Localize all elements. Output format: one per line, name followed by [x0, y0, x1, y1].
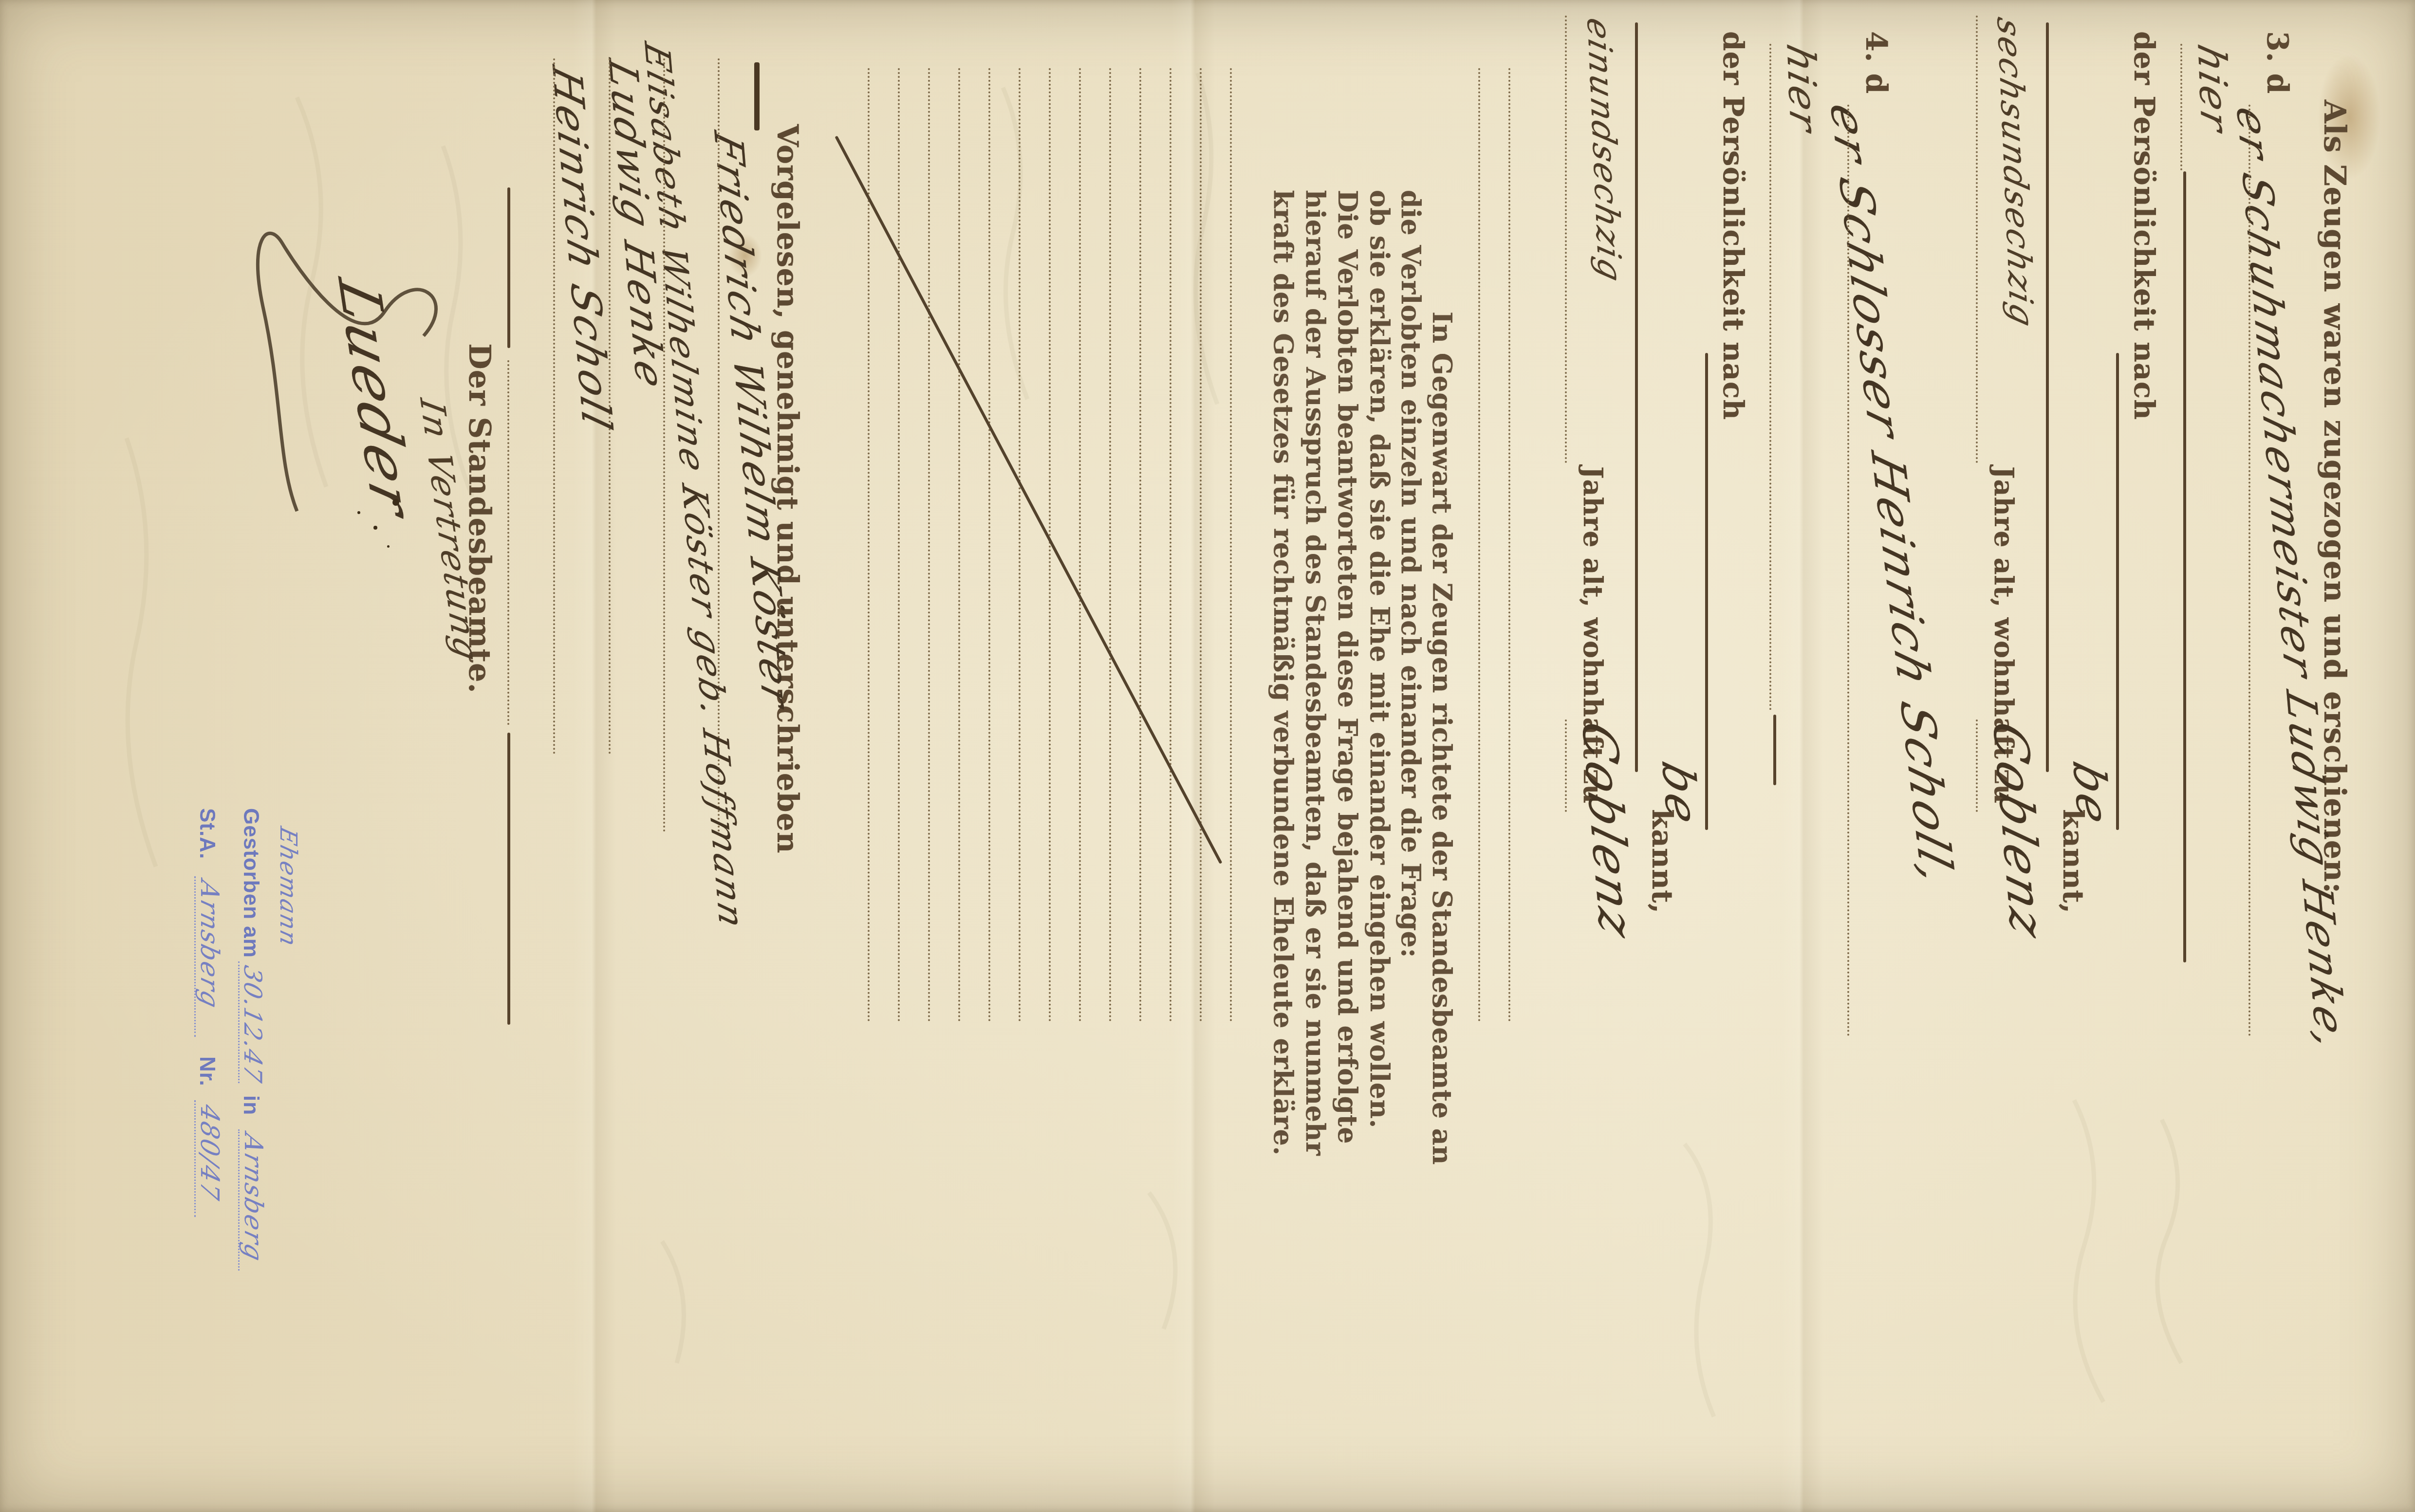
- register-page-sheet: Als Zeugen waren zugezogen und erschiene…: [0, 0, 2415, 1512]
- document-scan-viewport: Als Zeugen waren zugezogen und erschiene…: [0, 0, 2415, 1512]
- bleed-through-ghosts: [0, 0, 2415, 1512]
